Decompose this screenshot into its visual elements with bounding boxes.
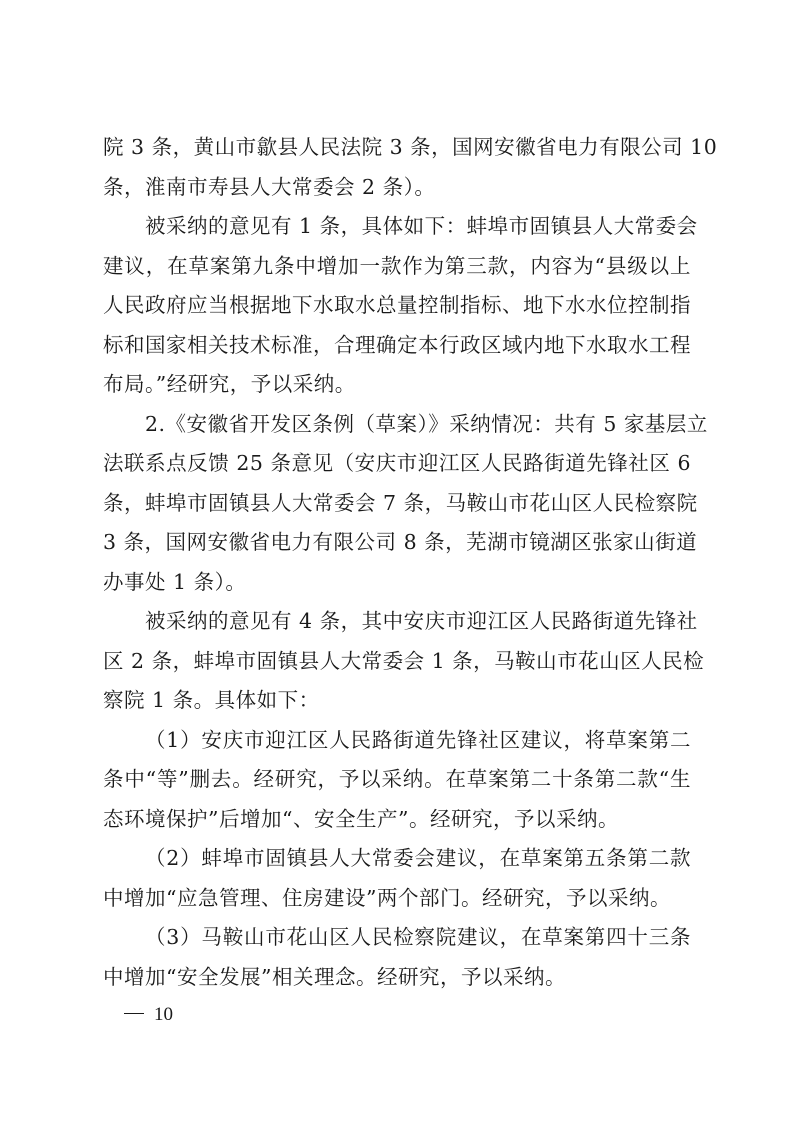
text-line: 标和国家相关技术标准，合理确定本行政区域内地下水取水工程 — [103, 326, 691, 366]
text-line: 2.《安徽省开发区条例（草案）》采纳情况：共有 5 家基层立 — [103, 405, 691, 445]
paragraph-item-2: （2）蚌埠市固镇县人大常委会建议，在草案第五条第二款 中增加“应急管理、住房建设… — [103, 839, 691, 918]
page-number-value: 10 — [154, 1004, 173, 1025]
text-line: 中增加“应急管理、住房建设”两个部门。经研究，予以采纳。 — [103, 879, 691, 919]
text-line: 察院 1 条。具体如下： — [103, 681, 691, 721]
text-line: 被采纳的意见有 1 条，具体如下：蚌埠市固镇县人大常委会 — [103, 207, 691, 247]
text-line: 条中“等”删去。经研究，予以采纳。在草案第二十条第二款“生 — [103, 760, 691, 800]
document-page: 院 3 条，黄山市歙县人民法院 3 条，国网安徽省电力有限公司 10 条，淮南市… — [0, 0, 793, 1122]
text-line: 条，淮南市寿县人大常委会 2 条）。 — [103, 168, 691, 208]
text-line: 被采纳的意见有 4 条，其中安庆市迎江区人民路街道先锋社 — [103, 602, 691, 642]
text-line: 建议，在草案第九条中增加一款作为第三款，内容为“县级以上 — [103, 247, 691, 287]
text-line: 办事处 1 条）。 — [103, 563, 691, 603]
paragraph-continuation: 院 3 条，黄山市歙县人民法院 3 条，国网安徽省电力有限公司 10 条，淮南市… — [103, 128, 691, 207]
text-line: （3）马鞍山市花山区人民检察院建议，在草案第四十三条 — [103, 918, 691, 958]
paragraph-adopted-four: 被采纳的意见有 4 条，其中安庆市迎江区人民路街道先锋社 区 2 条，蚌埠市固镇… — [103, 602, 691, 721]
text-line: 院 3 条，黄山市歙县人民法院 3 条，国网安徽省电力有限公司 10 — [103, 128, 691, 168]
paragraph-adopted-one: 被采纳的意见有 1 条，具体如下：蚌埠市固镇县人大常委会 建议，在草案第九条中增… — [103, 207, 691, 405]
document-body: 院 3 条，黄山市歙县人民法院 3 条，国网安徽省电力有限公司 10 条，淮南市… — [103, 128, 691, 997]
text-line: （1）安庆市迎江区人民路街道先锋社区建议，将草案第二 — [103, 721, 691, 761]
paragraph-dev-zone-regulation: 2.《安徽省开发区条例（草案）》采纳情况：共有 5 家基层立 法联系点反馈 25… — [103, 405, 691, 603]
page-number: 10 — [124, 1000, 173, 1030]
paragraph-item-3: （3）马鞍山市花山区人民检察院建议，在草案第四十三条 中增加“安全发展”相关理念… — [103, 918, 691, 997]
text-line: （2）蚌埠市固镇县人大常委会建议，在草案第五条第二款 — [103, 839, 691, 879]
text-line: 态环境保护”后增加“、安全生产”。经研究，予以采纳。 — [103, 800, 691, 840]
text-line: 法联系点反馈 25 条意见（安庆市迎江区人民路街道先锋社区 6 — [103, 444, 691, 484]
text-line: 条，蚌埠市固镇县人大常委会 7 条，马鞍山市花山区人民检察院 — [103, 484, 691, 524]
text-line: 3 条，国网安徽省电力有限公司 8 条，芜湖市镜湖区张家山街道 — [103, 523, 691, 563]
text-line: 中增加“安全发展”相关理念。经研究，予以采纳。 — [103, 958, 691, 998]
text-line: 区 2 条，蚌埠市固镇县人大常委会 1 条，马鞍山市花山区人民检 — [103, 642, 691, 682]
text-line: 人民政府应当根据地下水取水总量控制指标、地下水水位控制指 — [103, 286, 691, 326]
text-line: 布局。”经研究，予以采纳。 — [103, 365, 691, 405]
paragraph-item-1: （1）安庆市迎江区人民路街道先锋社区建议，将草案第二 条中“等”删去。经研究，予… — [103, 721, 691, 840]
page-number-dash — [124, 1013, 144, 1014]
